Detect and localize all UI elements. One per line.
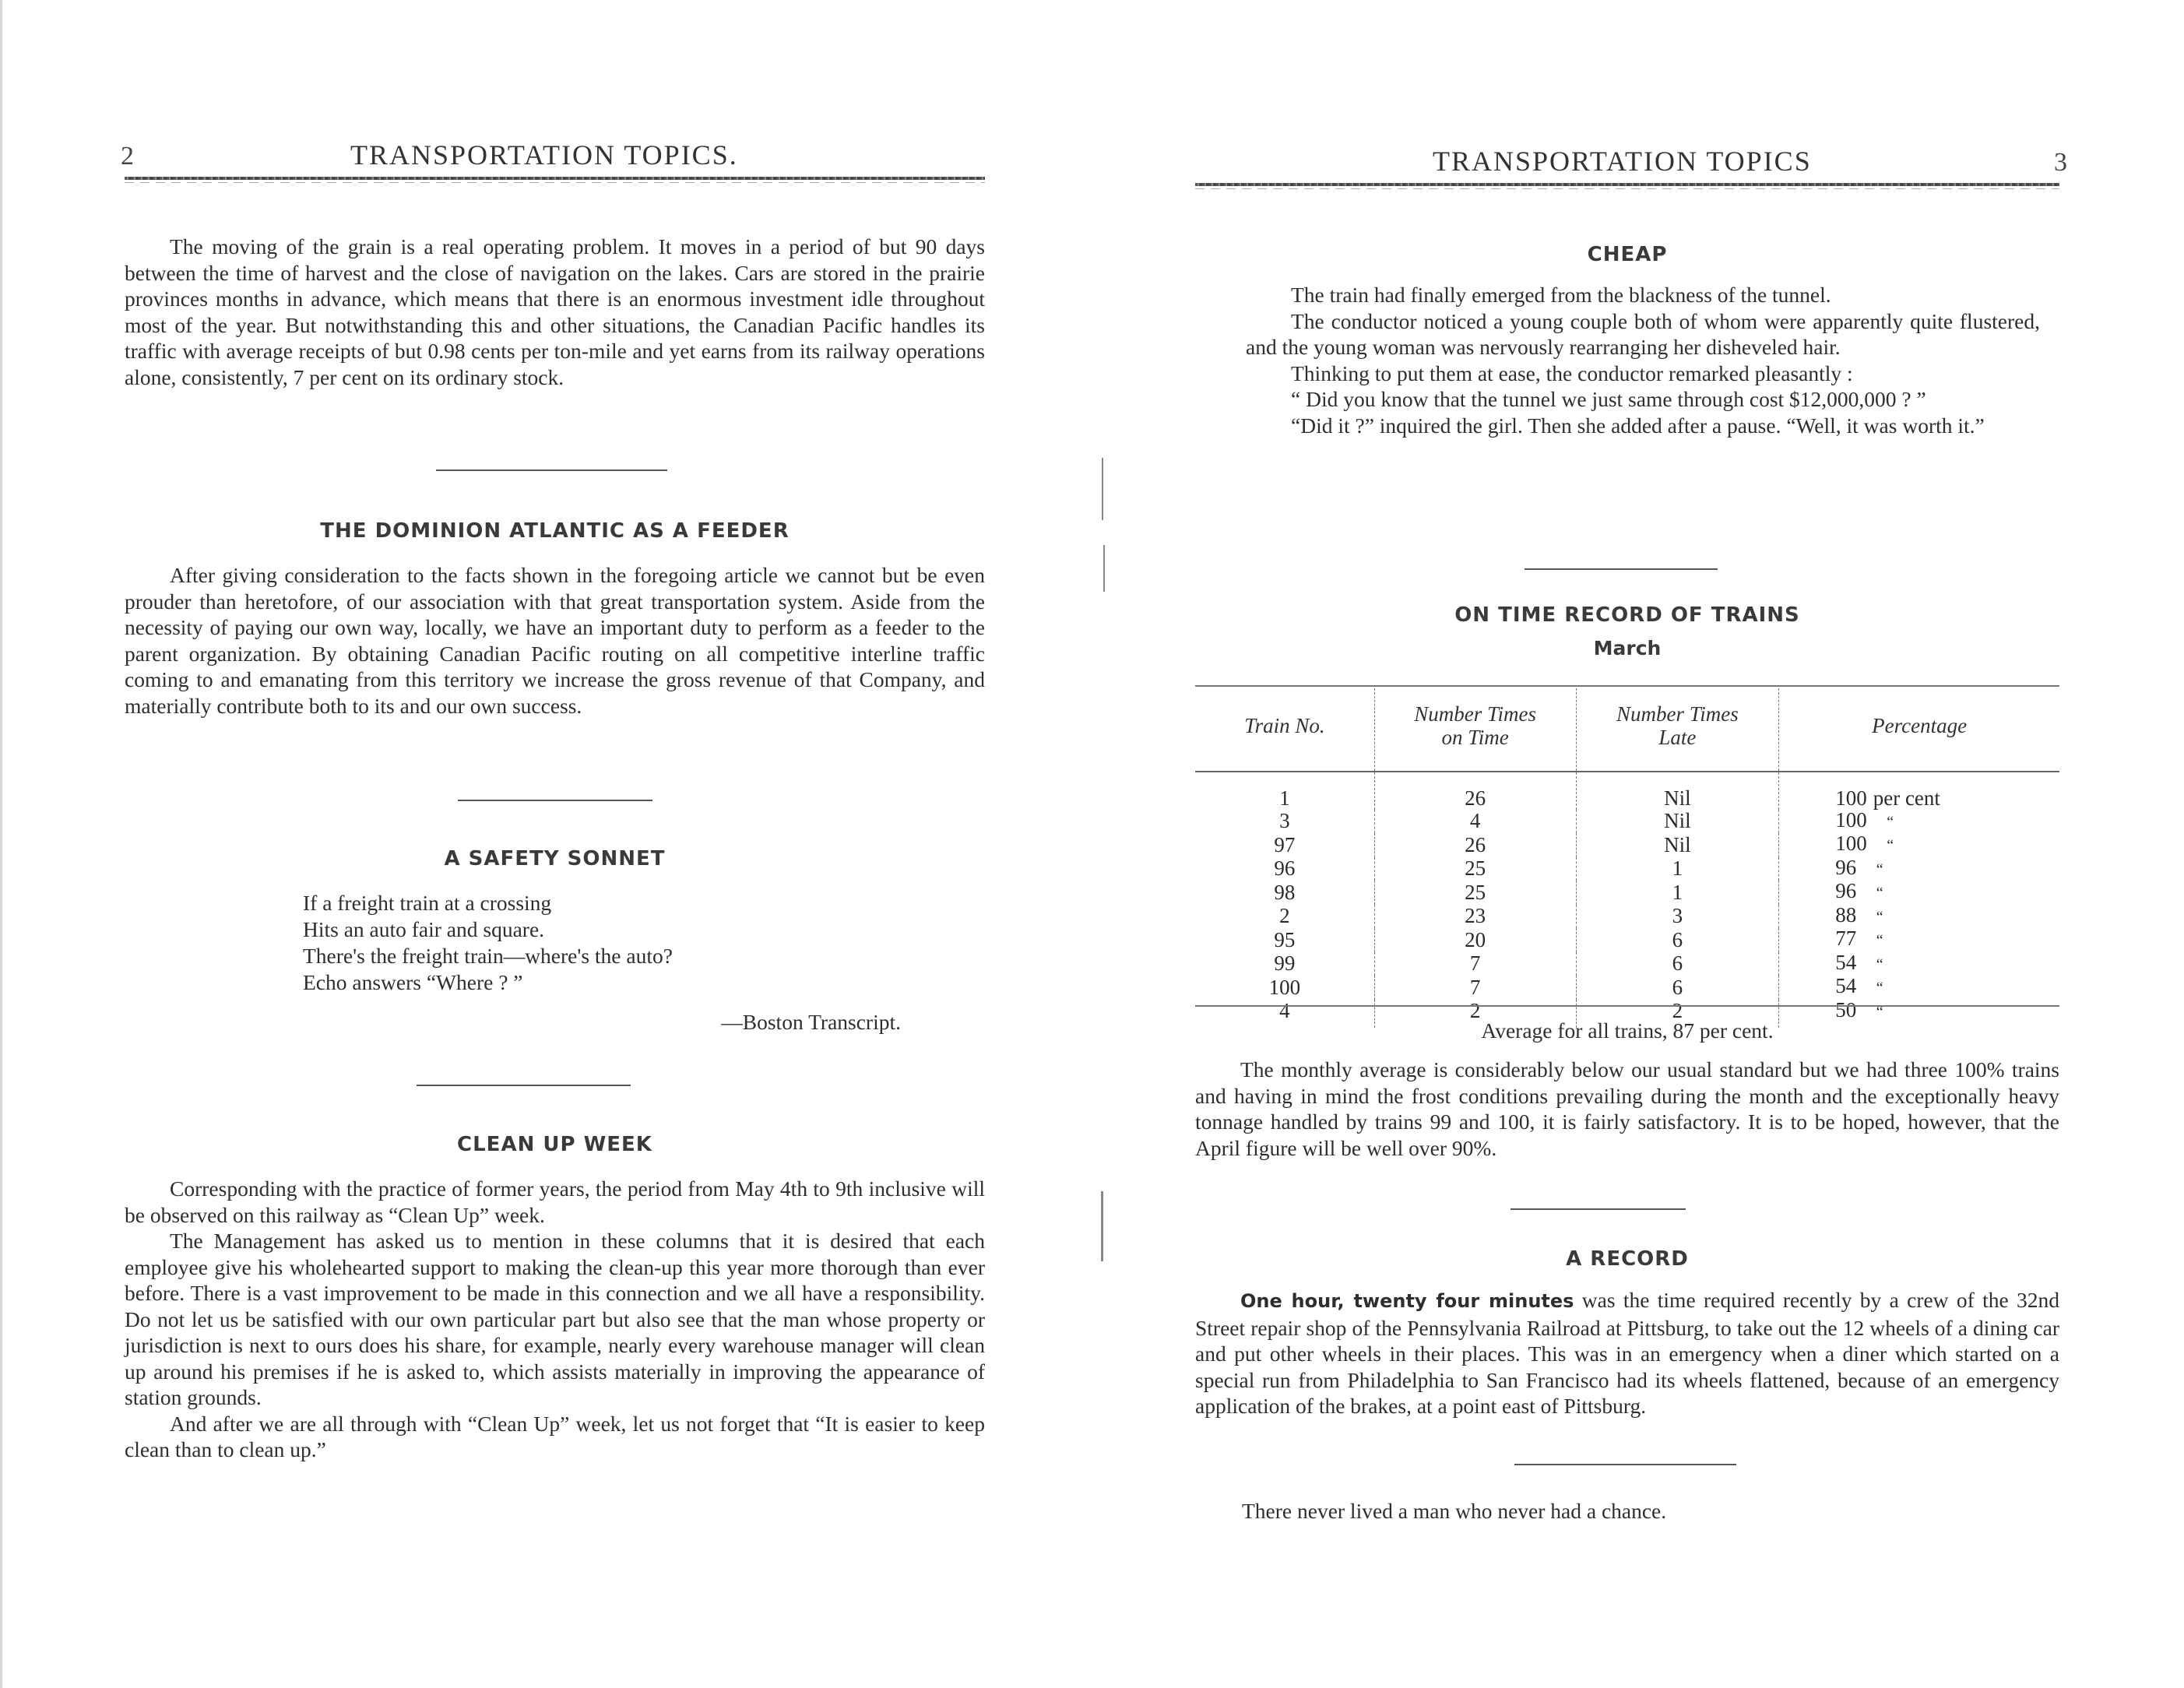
table-row: 9825196“ bbox=[1195, 881, 2059, 905]
cell-on-time: 23 bbox=[1374, 905, 1576, 929]
section-divider bbox=[1525, 568, 1718, 570]
cell-late: 1 bbox=[1576, 881, 1779, 905]
gutter-mark bbox=[1103, 545, 1105, 592]
poem-line: Echo answers “Where ? ” bbox=[303, 969, 985, 996]
table-row: 9520677“ bbox=[1195, 928, 2059, 952]
section-title: CLEAN UP WEEK bbox=[125, 1133, 985, 1156]
header-line: Number Times bbox=[1577, 702, 1779, 726]
page-edge bbox=[0, 0, 2, 1688]
table-row: 9625196“ bbox=[1195, 857, 2059, 881]
section-divider bbox=[458, 800, 652, 801]
dominion-paragraph: After giving consideration to the facts … bbox=[125, 562, 985, 719]
cell-late: Nil bbox=[1576, 833, 1779, 857]
table-header-row: Train No. Number Timeson Time Number Tim… bbox=[1195, 688, 2059, 772]
cell-late: 6 bbox=[1576, 928, 1779, 952]
grain-paragraph: The moving of the grain is a real operat… bbox=[125, 234, 985, 390]
cell-on-time: 7 bbox=[1374, 976, 1576, 1000]
header-rule bbox=[125, 177, 985, 180]
cell-train: 95 bbox=[1195, 928, 1374, 952]
cell-train: 99 bbox=[1195, 952, 1374, 976]
section-title: THE DOMINION ATLANTIC AS A FEEDER bbox=[125, 519, 985, 543]
cell-on-time: 25 bbox=[1374, 857, 1576, 881]
ontime-section: ON TIME RECORD OF TRAINS bbox=[1195, 603, 2059, 627]
sonnet-poem: If a freight train at a crossing Hits an… bbox=[303, 890, 985, 996]
running-title: TRANSPORTATION TOPICS. bbox=[350, 139, 738, 171]
cheap-section: CHEAP bbox=[1195, 243, 2059, 266]
col-header-percentage: Percentage bbox=[1779, 688, 2059, 772]
header-line: on Time bbox=[1375, 726, 1576, 749]
dominion-section: THE DOMINION ATLANTIC AS A FEEDER bbox=[125, 519, 985, 543]
average-line: Average for all trains, 87 per cent. bbox=[1195, 1018, 2059, 1043]
cell-late: Nil bbox=[1576, 772, 1779, 810]
table-row: 223388“ bbox=[1195, 905, 2059, 929]
poem-line: Hits an auto fair and square. bbox=[303, 916, 985, 943]
closing-line: There never lived a man who never had a … bbox=[1242, 1499, 2059, 1524]
cell-on-time: 20 bbox=[1374, 928, 1576, 952]
cheap-body: The train had finally emerged from the b… bbox=[1246, 282, 2040, 438]
cheap-paragraph: The train had finally emerged from the b… bbox=[1246, 282, 2040, 308]
cell-train: 2 bbox=[1195, 905, 1374, 929]
record-lead: One hour, twenty four minutes bbox=[1240, 1290, 1574, 1312]
attribution: —Boston Transcript. bbox=[125, 1010, 901, 1035]
cleanup-paragraph: And after we are all through with “Clean… bbox=[125, 1411, 985, 1463]
header-line: Late bbox=[1577, 726, 1779, 749]
cell-percentage: 88“ bbox=[1779, 905, 2059, 929]
gutter-mark bbox=[1101, 1191, 1103, 1261]
cleanup-body: Corresponding with the practice of forme… bbox=[125, 1176, 985, 1463]
section-title: ON TIME RECORD OF TRAINS bbox=[1195, 603, 2059, 627]
page-number: 2 bbox=[121, 142, 134, 171]
cheap-paragraph: Thinking to put them at ease, the conduc… bbox=[1246, 360, 2040, 387]
table-row: 34Nil100“ bbox=[1195, 810, 2059, 834]
commentary-paragraph: The monthly average is considerably belo… bbox=[1195, 1057, 2059, 1161]
cheap-paragraph: “ Did you know that the tunnel we just s… bbox=[1246, 386, 2040, 413]
record-section: A RECORD bbox=[1195, 1247, 2059, 1271]
cheap-paragraph: “Did it ?” inquired the girl. Then she a… bbox=[1246, 413, 2040, 439]
section-subtitle: March bbox=[1195, 637, 2059, 659]
record-paragraph: One hour, twenty four minutes was the ti… bbox=[1195, 1287, 2059, 1419]
col-header-on-time: Number Timeson Time bbox=[1374, 688, 1576, 772]
section-title: A SAFETY SONNET bbox=[125, 847, 985, 870]
section-divider bbox=[436, 469, 667, 471]
cell-train: 3 bbox=[1195, 810, 1374, 834]
page-number: 3 bbox=[2054, 148, 2067, 178]
cell-percentage: 77“ bbox=[1779, 928, 2059, 952]
cell-late: 3 bbox=[1576, 905, 1779, 929]
record-body: One hour, twenty four minutes was the ti… bbox=[1195, 1287, 2059, 1419]
cell-late: 6 bbox=[1576, 976, 1779, 1000]
header-rule-thin bbox=[1195, 188, 2059, 189]
running-title: TRANSPORTATION TOPICS bbox=[1433, 145, 1812, 178]
grain-article: The moving of the grain is a real operat… bbox=[125, 234, 985, 390]
table-row: 997654“ bbox=[1195, 952, 2059, 976]
cell-on-time: 7 bbox=[1374, 952, 1576, 976]
poem-line: If a freight train at a crossing bbox=[303, 890, 985, 916]
col-header-late: Number TimesLate bbox=[1576, 688, 1779, 772]
header-line: Percentage bbox=[1779, 714, 2059, 737]
dominion-body: After giving consideration to the facts … bbox=[125, 562, 985, 719]
section-divider bbox=[417, 1085, 631, 1086]
cell-train: 98 bbox=[1195, 881, 1374, 905]
table-top-rule bbox=[1195, 685, 2059, 687]
cell-late: 1 bbox=[1576, 857, 1779, 881]
cell-percentage: 100per cent bbox=[1779, 772, 2059, 810]
cell-percentage: 100“ bbox=[1779, 810, 2059, 834]
col-header-train: Train No. bbox=[1195, 688, 1374, 772]
cell-percentage: 54“ bbox=[1779, 976, 2059, 1000]
header-line: Number Times bbox=[1375, 702, 1576, 726]
cleanup-section: CLEAN UP WEEK bbox=[125, 1133, 985, 1156]
cleanup-paragraph: Corresponding with the practice of forme… bbox=[125, 1176, 985, 1228]
section-divider bbox=[1514, 1464, 1736, 1465]
section-divider bbox=[1511, 1208, 1686, 1210]
cell-percentage: 96“ bbox=[1779, 881, 2059, 905]
cell-percentage: 96“ bbox=[1779, 857, 2059, 881]
table-bottom-rule bbox=[1195, 1005, 2059, 1007]
cell-percentage: 54“ bbox=[1779, 952, 2059, 976]
table-row: 126Nil100per cent bbox=[1195, 772, 2059, 810]
cell-percentage: 100“ bbox=[1779, 833, 2059, 857]
poem-line: There's the freight train—where's the au… bbox=[303, 943, 985, 969]
cheap-paragraph: The conductor noticed a young couple bot… bbox=[1246, 308, 2040, 360]
table-row: 1007654“ bbox=[1195, 976, 2059, 1000]
section-title: CHEAP bbox=[1195, 243, 2059, 266]
ontime-commentary: The monthly average is considerably belo… bbox=[1195, 1057, 2059, 1161]
cell-on-time: 26 bbox=[1374, 772, 1576, 810]
header-rule-thin bbox=[125, 182, 985, 183]
cell-on-time: 4 bbox=[1374, 810, 1576, 834]
cell-train: 97 bbox=[1195, 833, 1374, 857]
sonnet-section: A SAFETY SONNET bbox=[125, 847, 985, 870]
cell-train: 100 bbox=[1195, 976, 1374, 1000]
section-title: A RECORD bbox=[1195, 1247, 2059, 1271]
cell-train: 96 bbox=[1195, 857, 1374, 881]
cell-on-time: 25 bbox=[1374, 881, 1576, 905]
cell-late: Nil bbox=[1576, 810, 1779, 834]
cell-late: 6 bbox=[1576, 952, 1779, 976]
header-rule bbox=[1195, 183, 2059, 186]
cell-train: 1 bbox=[1195, 772, 1374, 810]
running-head: TRANSPORTATION TOPICS 3 bbox=[1195, 140, 2059, 187]
on-time-table: Train No. Number Timeson Time Number Tim… bbox=[1195, 688, 2059, 1028]
ontime-subtitle-wrap: March bbox=[1195, 637, 2059, 659]
cleanup-paragraph: The Management has asked us to mention i… bbox=[125, 1228, 985, 1411]
cell-on-time: 26 bbox=[1374, 833, 1576, 857]
table-row: 9726Nil100“ bbox=[1195, 833, 2059, 857]
running-head: 2 TRANSPORTATION TOPICS. bbox=[125, 134, 985, 181]
gutter-mark bbox=[1102, 458, 1103, 520]
header-line: Train No. bbox=[1195, 714, 1374, 737]
